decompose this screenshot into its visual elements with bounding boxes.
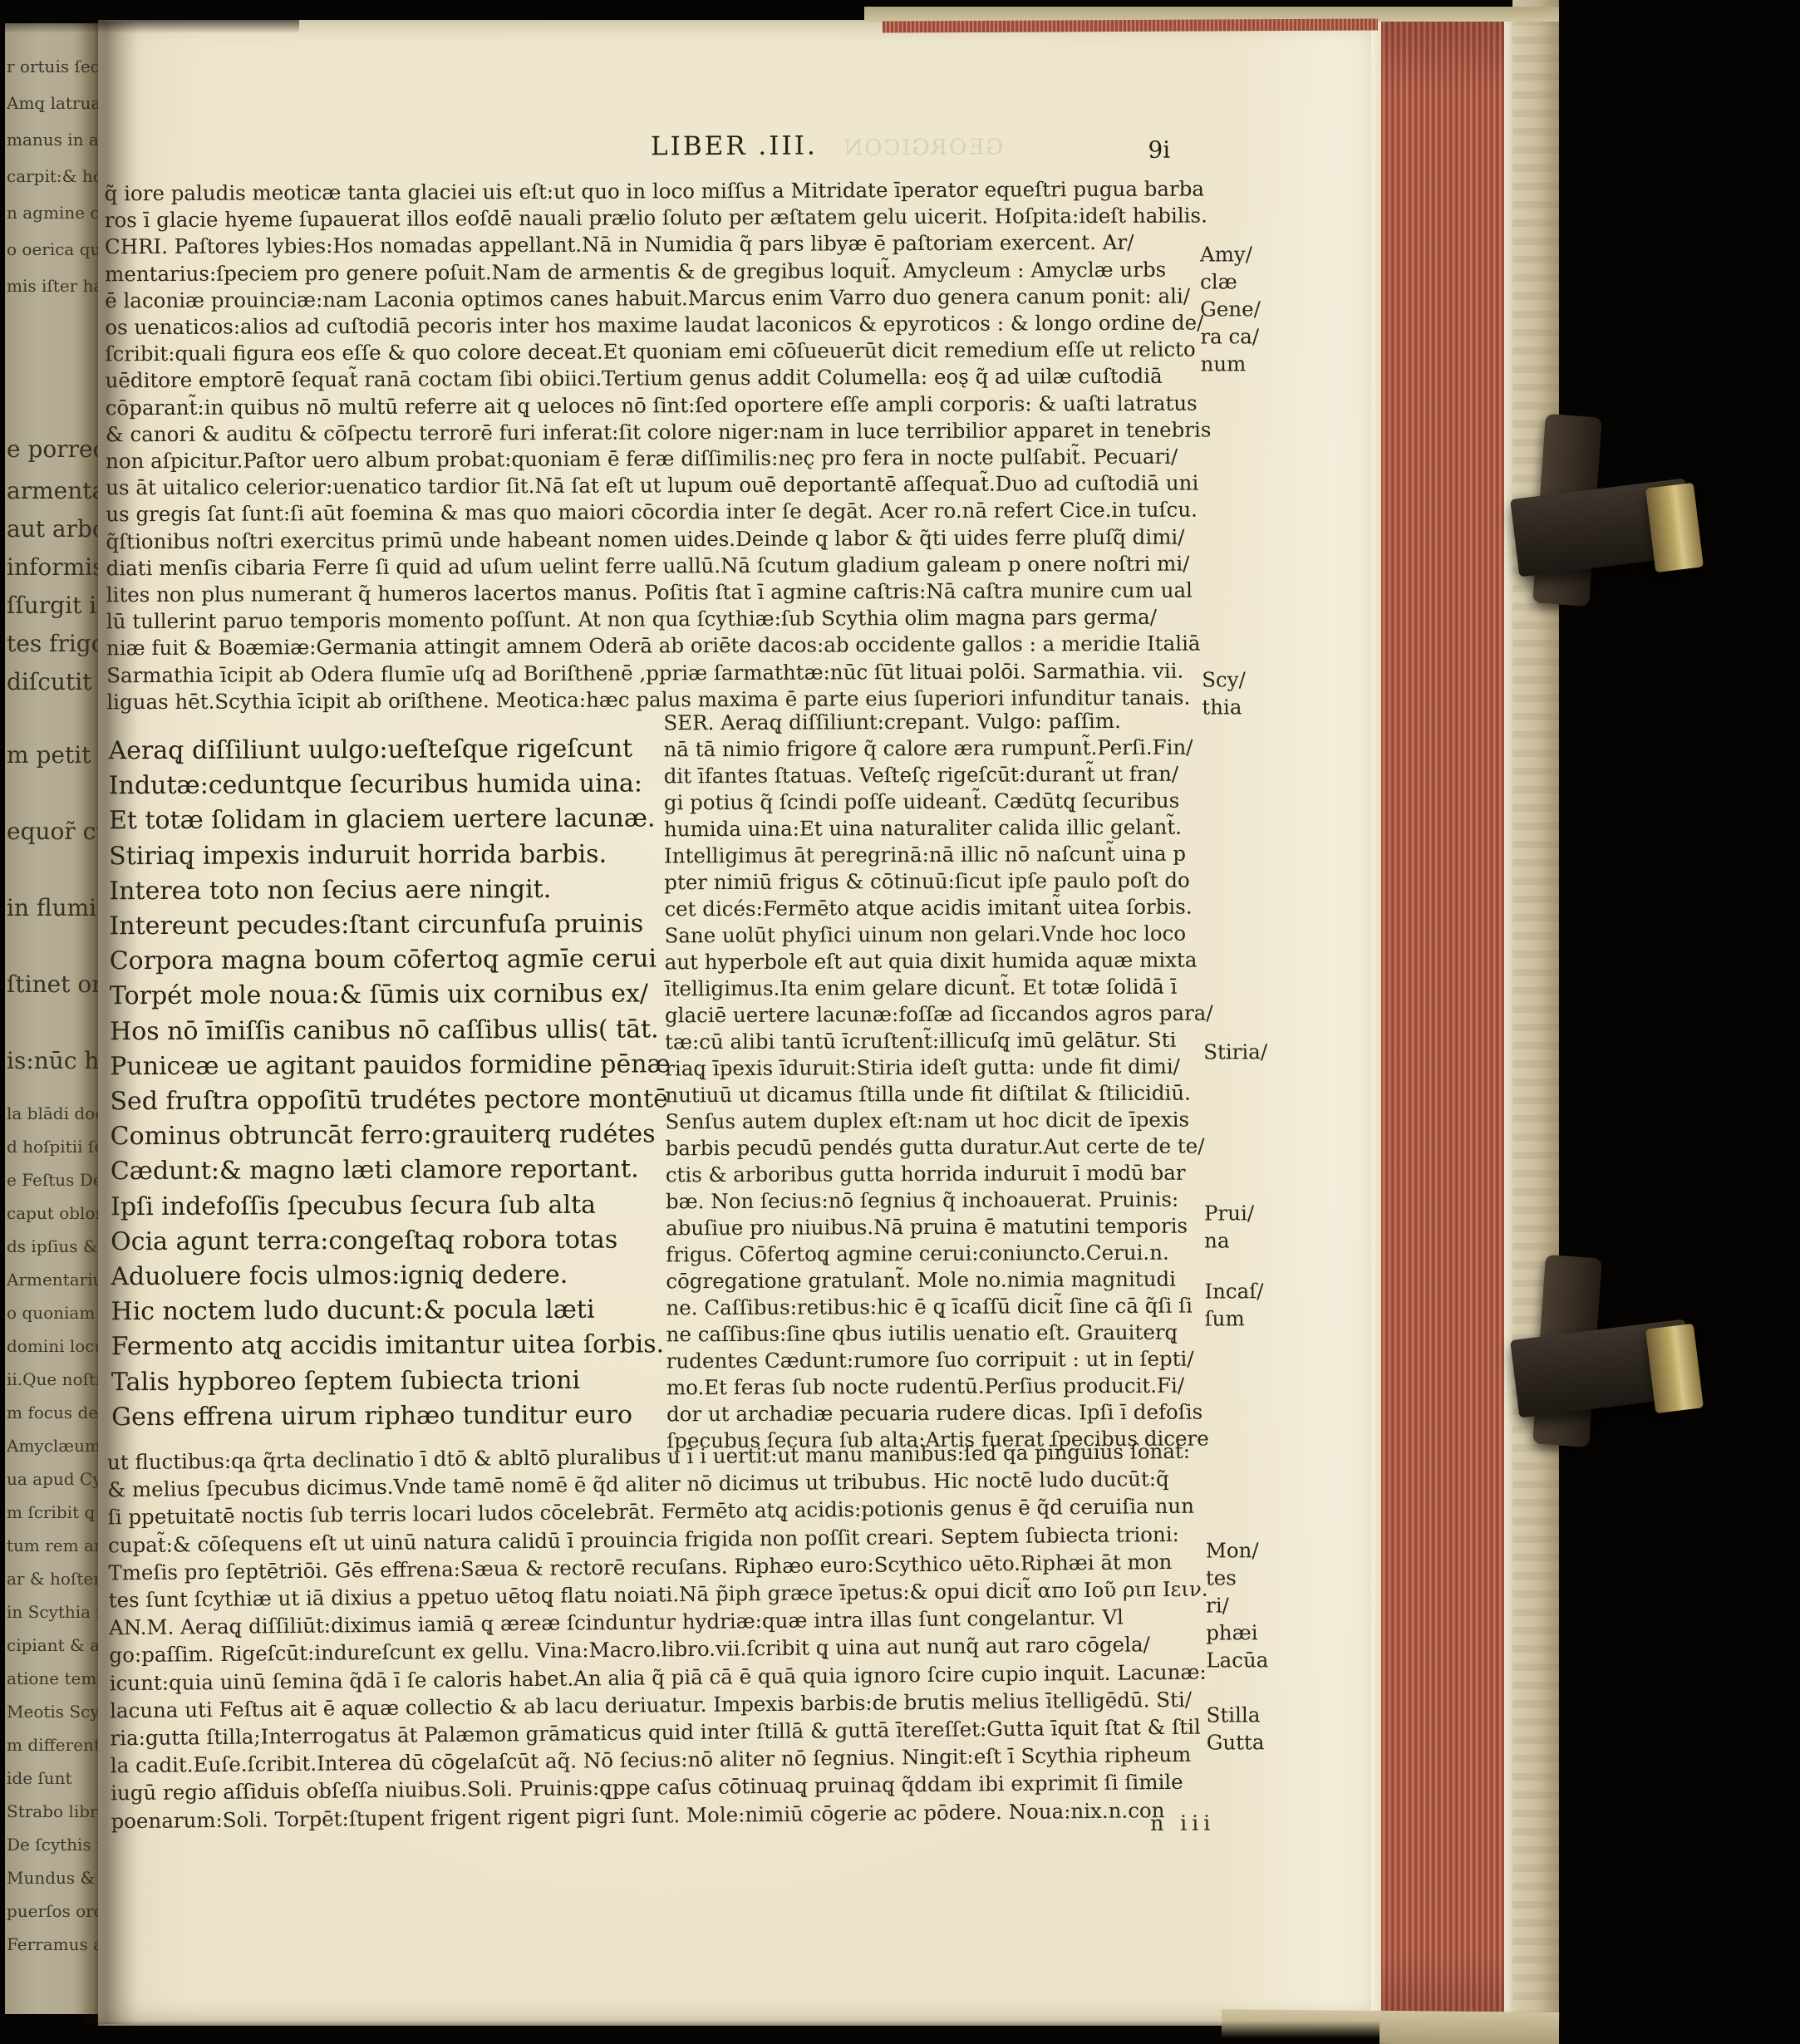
top-shadow bbox=[0, 0, 299, 33]
text-line: m ſcribit q̨ pha bbox=[7, 1502, 100, 1522]
text-line: ne. Caſſibus:retibus:hic ē q̨ īcaſſū dic… bbox=[666, 1293, 1206, 1322]
text-line: ri/ bbox=[1206, 1593, 1229, 1617]
text-line: is:nūc hoſpit bbox=[7, 1047, 100, 1074]
text-line: Talis hypboreo ſeptem ſubiecta trioni bbox=[111, 1363, 661, 1400]
book-photograph: r ortuis ſecuAmq̨ latruamanus in aocarpi… bbox=[0, 0, 1800, 2044]
text-line: ſtinet orbes bbox=[7, 970, 100, 998]
text-line: Indutæ:ceduntque ſecuribus humida uina: bbox=[109, 767, 659, 804]
text-line: thia bbox=[1202, 695, 1242, 719]
text-line: Aeraq̨ diſſiliunt uulgo:ueſteſque rigeſc… bbox=[108, 731, 658, 769]
text-line: Gens effrena uirum riphæo tunditur euro bbox=[111, 1398, 661, 1435]
book-clasp-lower bbox=[1511, 1256, 1710, 1472]
text-line: Cominus obtruncāt ferro:grauiterq̨ rudét… bbox=[111, 1118, 661, 1155]
text-line: SER. Aeraq̨ diſſiliunt:crepant. Vulgo: p… bbox=[663, 708, 1203, 737]
text-line: riaq̨ īpexis īduruit:Stiria ideſt gutta:… bbox=[665, 1054, 1205, 1083]
text-line: in Scythia ſunt m bbox=[7, 1602, 100, 1622]
text-line: Intereunt pecudes:ſtant circunfuſa pruin… bbox=[109, 907, 659, 944]
text-line: Senſus autem duplex eſt:nam ut hoc dicit… bbox=[665, 1107, 1205, 1136]
text-line: ide ſunt bbox=[7, 1768, 100, 1788]
text-line: mo.Et feras ſub nocte rudentū.Perſius pr… bbox=[666, 1373, 1207, 1402]
text-line: Intelligimus āt peregrinā:nā illic nō na… bbox=[664, 841, 1204, 870]
text-line: ds ipſius & ar bbox=[7, 1236, 100, 1256]
text-line: Armentarius: bbox=[7, 1270, 100, 1290]
clasp-brass-fitting bbox=[1645, 483, 1704, 572]
text-line: mis iſter harm bbox=[7, 276, 100, 296]
text-line: phæi bbox=[1206, 1620, 1257, 1644]
text-line: m petit æthera bbox=[7, 741, 100, 769]
text-line: Ocia agunt terra:congeſtaq̨ robora totas bbox=[111, 1222, 661, 1260]
text-line: ra ca/ bbox=[1200, 324, 1259, 348]
text-line: nā tā nimio frigore q̃ calore æra rumpun… bbox=[663, 735, 1203, 764]
text-line: ītelligimus.Ita enim gelare dicunt̃. Et … bbox=[665, 974, 1205, 1003]
red-fore-edge bbox=[1381, 13, 1504, 2032]
text-line: rudentes Cædunt:rumore ſuo corripuit : u… bbox=[666, 1346, 1207, 1375]
text-line: ſſurgit in ulnas. bbox=[7, 592, 100, 619]
text-line: Hic noctem ludo ducunt:& pocula læti bbox=[111, 1293, 661, 1330]
commentary-column: SER. Aeraq̨ diſſiliunt:crepant. Vulgo: p… bbox=[663, 708, 1207, 1455]
text-line: Cædunt:& magno læti clamore reportant. bbox=[111, 1152, 661, 1190]
text-line: r ortuis ſecu bbox=[7, 57, 100, 76]
quire-signature: n iii bbox=[1150, 1811, 1215, 1835]
text-line: tes frigora caui bbox=[7, 630, 100, 657]
text-line: num bbox=[1200, 351, 1246, 376]
text-line: Meotis Scythia ait bbox=[7, 1702, 100, 1722]
text-line: Interea toto non ſecius aere ningit. bbox=[109, 872, 659, 909]
running-title: LIBER .III. bbox=[543, 130, 925, 162]
clasp-brass-fitting bbox=[1645, 1324, 1704, 1413]
text-line: m focus decoru bbox=[7, 1403, 100, 1422]
text-line: d hoſpitii ſeruis bbox=[7, 1137, 100, 1157]
margin-notes: Amy/clæGene/ra ca/numScy/thiaStiria/Prui… bbox=[1199, 17, 1375, 2024]
text-line: aut arbore frōd bbox=[7, 515, 100, 543]
text-line: Hos nō īmiſſis canibus nō caſſibus ullis… bbox=[110, 1012, 660, 1049]
text-line: cipiant & alundat bbox=[7, 1635, 100, 1655]
text-line: ne caſſibus:ſine qbus iutilis uenatio eſ… bbox=[666, 1319, 1207, 1349]
text-line: equor̃ currū: bbox=[7, 818, 100, 845]
text-line: la blādi doctorea bbox=[7, 1103, 100, 1123]
text-line: armenta:neq̨ bbox=[7, 477, 100, 504]
text-line: Strabo libro bbox=[7, 1801, 100, 1821]
text-line: o oerica qud bbox=[7, 239, 100, 259]
text-line: Et totæ ſolidam in glaciem uertere lacun… bbox=[109, 802, 659, 839]
page-edge-highlight bbox=[1371, 18, 1381, 2029]
text-line: atione temporibus bbox=[7, 1668, 100, 1688]
text-line: Prui/ bbox=[1204, 1201, 1254, 1225]
text-line: gi potius q̃ ſcindi poſſe uideant̃. Cædū… bbox=[664, 788, 1204, 817]
text-line: e porrecta ſp bbox=[7, 435, 100, 463]
text-line: ctis & arboribus gutta horrida induruit … bbox=[666, 1160, 1206, 1189]
text-line: ſum bbox=[1204, 1306, 1244, 1330]
text-line: domini locum Lat bbox=[7, 1336, 100, 1356]
text-line: o quoniam tectū ē bbox=[7, 1303, 100, 1323]
verse-column: Aeraq̨ diſſiliunt uulgo:ueſteſque rigeſc… bbox=[108, 731, 661, 1435]
text-line: carpit:& hoſi bbox=[7, 166, 100, 186]
page-content: GEORGICON LIBER .III. 9i q̃ iore paludis… bbox=[94, 17, 1378, 2029]
text-line: Gene/ bbox=[1200, 297, 1261, 321]
text-line: frigus. Cōfertoq̨ agmine cerui:coniuncto… bbox=[666, 1240, 1206, 1269]
text-line: Ferramus a Scrabō bbox=[7, 1934, 100, 1954]
text-line: pter nimiū frigus & cōtinuū:ſicut ipſe p… bbox=[664, 867, 1204, 897]
text-line: puerſos ordenbas bbox=[7, 1901, 100, 1921]
text-line: e Feſtus Deit erit bbox=[7, 1170, 100, 1190]
text-line: Amyclæum : Mar. bbox=[7, 1436, 100, 1456]
text-line: Torpét mole noua:& ſūmis uix cornibus ex… bbox=[110, 977, 660, 1015]
text-line: Lacūa bbox=[1206, 1648, 1268, 1672]
bottom-text-block: ut fluctibus:qa q̃rta declinatio ī dtō &… bbox=[107, 1437, 1217, 1835]
text-line: cet dicés:Fermēto atque acidis imitant̃ … bbox=[664, 894, 1204, 923]
text-line: niæ fuit & Boæmiæ:Germania attingit amne… bbox=[106, 631, 1203, 662]
text-line: Scy/ bbox=[1202, 667, 1246, 691]
text-line: n agmine cul bbox=[7, 203, 100, 223]
text-line: manus in ao bbox=[7, 130, 100, 150]
bottom-shadow bbox=[0, 2021, 1380, 2044]
left-page-edge: r ortuis ſecuAmq̨ latruamanus in aocarpi… bbox=[5, 23, 101, 2014]
text-line: uēditore emptorē ſequat̃ ranā coctam ſib… bbox=[106, 363, 1202, 395]
text-line: bæ. Non ſecius:nō ſegnius q̃ inchoauerat… bbox=[666, 1187, 1206, 1216]
text-line: Stiriaq̨ impexis induruit horrida barbis… bbox=[109, 837, 659, 874]
text-line: dor ut archadiæ pecuaria rudere dicas. I… bbox=[666, 1399, 1207, 1428]
text-line: Amq̨ latrua bbox=[7, 93, 100, 113]
endleaf-edge bbox=[1504, 12, 1512, 2036]
text-line: m differentes gen bbox=[7, 1735, 100, 1755]
book-clasp-upper bbox=[1511, 415, 1710, 631]
text-line: Aduoluere focis ulmos:igniq̨ dedere. bbox=[111, 1257, 661, 1295]
top-text-block: q̃ iore paludis meoticæ tanta glaciei ui… bbox=[105, 176, 1204, 716]
text-line: CHRI. Paſtores lybies:Hos nomadas appell… bbox=[105, 229, 1202, 261]
text-line: Corpora magna boum cōfertoq̨ agmīe cerui bbox=[110, 942, 660, 980]
text-line: Sane uolūt phyſici uinum non gelari.Vnde… bbox=[664, 921, 1204, 950]
text-line: Ipſi indefoſſis ſpecubus ſecura ſub alta bbox=[111, 1187, 661, 1225]
book-page: GEORGICON LIBER .III. 9i q̃ iore paludis… bbox=[98, 20, 1373, 2026]
text-line: Mon/ bbox=[1206, 1538, 1259, 1562]
text-line: us gregis ſat ſunt:ſi aūt foemina & mas … bbox=[106, 497, 1202, 528]
text-line: Fermento atq̨ accidis imitantur uitea ſo… bbox=[111, 1328, 661, 1365]
text-line: glaciē uertere lacunæ:foſſæ ad ſiccandos… bbox=[665, 1000, 1205, 1029]
page-number: 9i bbox=[1148, 136, 1170, 164]
text-line: ar & hoſtem tela bbox=[7, 1569, 100, 1589]
text-line: Puniceæ ue agitant pauidos formidine pēn… bbox=[110, 1047, 660, 1084]
text-line: ii.Que noſtro hr bbox=[7, 1369, 100, 1389]
text-line: na bbox=[1204, 1228, 1230, 1252]
text-line: clæ bbox=[1200, 269, 1237, 293]
text-line: caput oblonga in bbox=[7, 1203, 100, 1223]
text-line: dit īfantes ſtatuas. Veſteſc̨ rigeſcūt:d… bbox=[664, 761, 1204, 790]
text-line: tes bbox=[1206, 1565, 1237, 1590]
text-line: Amy/ bbox=[1200, 242, 1252, 266]
text-line: Gutta bbox=[1207, 1730, 1265, 1754]
text-line: in flumine cru bbox=[7, 894, 100, 921]
text-line: humida uina:Et uina naturaliter calida i… bbox=[664, 814, 1204, 843]
text-line: De ſcythis urſos bbox=[7, 1835, 100, 1855]
text-line: diſcutit umbr bbox=[7, 668, 100, 695]
text-line: barbis pecudū pendés gutta duratur.Aut c… bbox=[666, 1133, 1206, 1162]
parchment-cover bbox=[1512, 0, 1559, 2044]
text-line: aut hyperbole eſt aut quia dixit humida … bbox=[665, 947, 1205, 976]
text-line: Incaſ/ bbox=[1204, 1279, 1263, 1303]
text-line: Sed fruſtra oppoſitū trudétes pectore mo… bbox=[110, 1082, 660, 1119]
text-line: nutiuū ut dicamus ſtilla unde fit diſtil… bbox=[665, 1080, 1205, 1109]
text-line: Stiria/ bbox=[1203, 1039, 1267, 1064]
text-line: cōgregatione gratulant̃. Mole no.nimia m… bbox=[666, 1266, 1206, 1295]
text-line: Stilla bbox=[1207, 1703, 1261, 1727]
text-line: Mundus & bbox=[7, 1868, 100, 1888]
text-line: abuſiue pro niuibus.Nā pruina ē matutini… bbox=[666, 1213, 1206, 1242]
text-line: ua apud Cydonias bbox=[7, 1469, 100, 1489]
text-line: tæ:cū alibi tantū īcruſtent̃:illicuſq̨ i… bbox=[665, 1027, 1205, 1056]
text-line: tum rem antiqua bbox=[7, 1535, 100, 1555]
text-line: informis & alto bbox=[7, 553, 100, 581]
